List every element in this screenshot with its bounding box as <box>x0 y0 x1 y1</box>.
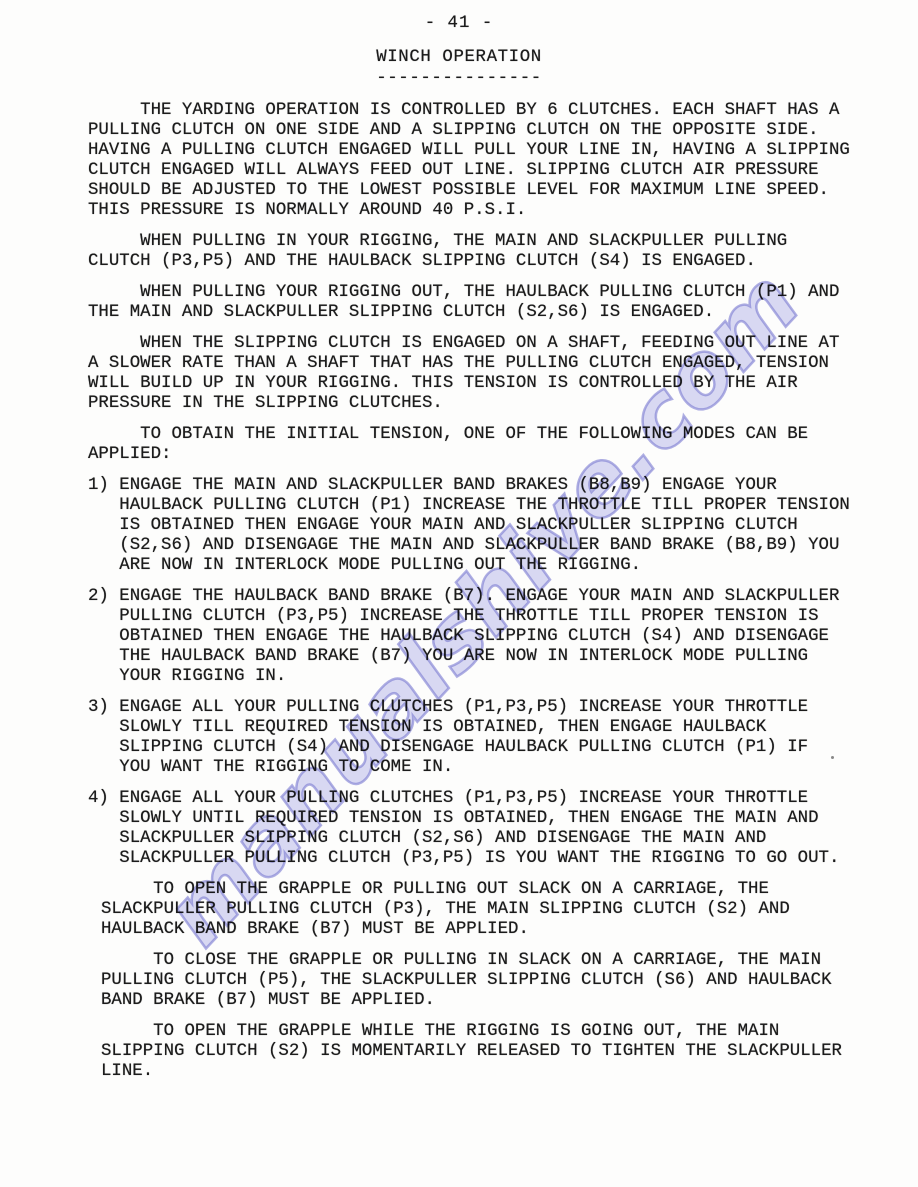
para-open-grapple-rigging-out: TO OPEN THE GRAPPLE WHILE THE RIGGING IS… <box>101 1022 878 1082</box>
para-initial-tension-modes: TO OBTAIN THE INITIAL TENSION, ONE OF TH… <box>88 425 878 465</box>
scanned-document-page: - 41 - WINCH OPERATION --------------- T… <box>0 0 918 1187</box>
mode-3: 3) ENGAGE ALL YOUR PULLING CLUTCHES (P1,… <box>88 698 878 778</box>
mode-1: 1) ENGAGE THE MAIN AND SLACKPULLER BAND … <box>88 476 878 576</box>
para-open-grapple: TO OPEN THE GRAPPLE OR PULLING OUT SLACK… <box>101 880 878 940</box>
para-pulling-in-rigging: WHEN PULLING IN YOUR RIGGING, THE MAIN A… <box>88 232 878 272</box>
para-close-grapple: TO CLOSE THE GRAPPLE OR PULLING IN SLACK… <box>101 951 878 1011</box>
page-title: WINCH OPERATION <box>0 48 918 68</box>
mode-4: 4) ENGAGE ALL YOUR PULLING CLUTCHES (P1,… <box>88 789 878 869</box>
page-number: - 41 - <box>0 0 918 34</box>
para-slipping-clutch-tension: WHEN THE SLIPPING CLUTCH IS ENGAGED ON A… <box>88 334 878 414</box>
title-underline: --------------- <box>0 69 918 89</box>
document-body: THE YARDING OPERATION IS CONTROLLED BY 6… <box>88 101 878 1082</box>
mode-2: 2) ENGAGE THE HAULBACK BAND BRAKE (B7). … <box>88 587 878 687</box>
para-yarding-operation: THE YARDING OPERATION IS CONTROLLED BY 6… <box>88 101 878 221</box>
para-pulling-rigging-out: WHEN PULLING YOUR RIGGING OUT, THE HAULB… <box>88 283 878 323</box>
scan-artifact-dot <box>831 756 834 759</box>
